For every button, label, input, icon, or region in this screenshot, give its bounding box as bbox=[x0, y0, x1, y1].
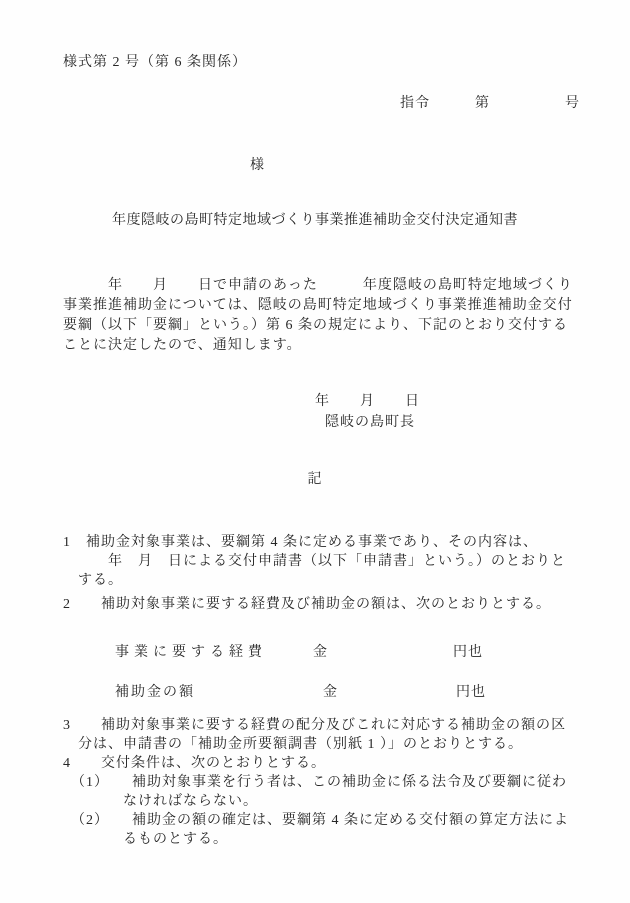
document-title: 年度隠岐の島町特定地域づくり事業推進補助金交付決定通知書 bbox=[0, 211, 630, 230]
subsidy-currency-prefix: 金 bbox=[323, 681, 338, 701]
subsidy-row-label: 補助金の額 bbox=[115, 681, 195, 701]
expense-row-label: 事業に要する経費 bbox=[115, 641, 267, 661]
document-page: 様式第 2 号（第 6 条関係） 指令 第 号 様 年度隠岐の島町特定地域づくり… bbox=[0, 0, 630, 903]
issue-date-line: 年 月 日 bbox=[315, 392, 420, 411]
form-number-label: 様式第 2 号（第 6 条関係） bbox=[63, 53, 247, 72]
expense-currency-prefix: 金 bbox=[313, 641, 328, 661]
directive-number-line: 指令 第 号 bbox=[400, 94, 580, 113]
expense-currency-suffix: 円也 bbox=[453, 641, 483, 661]
mayor-signature-line: 隠岐の島町長 bbox=[325, 413, 415, 432]
item-4-grant-conditions: 4 交付条件は、次のとおりとする。 （1） 補助対象事業を行う者は、この補助金に… bbox=[63, 754, 569, 849]
ki-heading: 記 bbox=[0, 470, 630, 489]
item-2-expense-and-amount: 2 補助対象事業に要する経費及び補助金の額は、次のとおりとする。 bbox=[63, 595, 551, 614]
subsidy-amount-row: 補助金の額 金 円也 bbox=[63, 681, 603, 699]
item-1-subsidy-target: 1 補助金対象事業は、要綱第 4 条に定める事業であり、その内容は、 年 月 日… bbox=[63, 533, 566, 590]
addressee-honorific: 様 bbox=[250, 156, 265, 175]
body-paragraph: 年 月 日で申請のあった 年度隠岐の島町特定地域づくり 事業推進補助金については… bbox=[63, 276, 588, 356]
subsidy-currency-suffix: 円也 bbox=[456, 681, 486, 701]
item-3-expense-allocation: 3 補助対象事業に要する経費の配分及びこれに対応する補助金の額の区 分は、申請書… bbox=[63, 716, 566, 754]
expense-amount-row: 事業に要する経費 金 円也 bbox=[63, 641, 603, 659]
